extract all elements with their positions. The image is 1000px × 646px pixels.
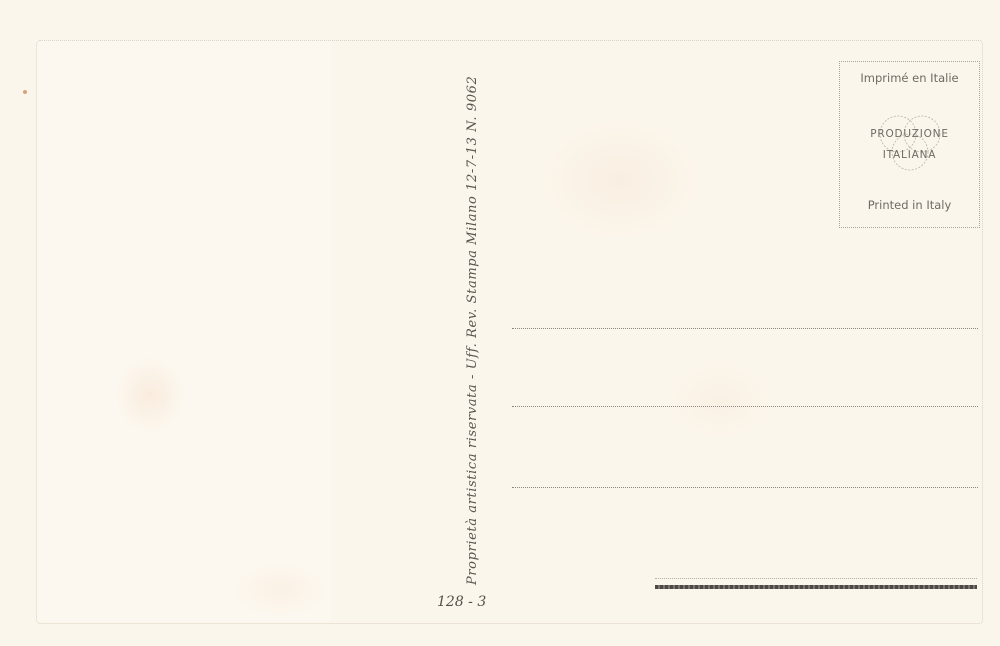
copyright-text: Proprietà artistica riservata - Uff. Rev… — [465, 76, 480, 585]
interlocking-rings-icon — [870, 112, 950, 174]
stain-spot — [23, 90, 27, 94]
postcard-back: Proprietà artistica riservata - Uff. Rev… — [0, 0, 1000, 646]
stamp-box: Imprimé en Italie PRODUZIONE ITALIANA Pr… — [839, 61, 980, 228]
address-line — [655, 585, 977, 589]
stamp-center-line2: ITALIANA — [840, 149, 979, 161]
address-line — [512, 487, 978, 488]
card-number: 128 - 3 — [437, 594, 486, 610]
address-line — [512, 406, 978, 407]
stamp-bottom-text: Printed in Italy — [840, 198, 979, 212]
stamp-center-line1: PRODUZIONE — [840, 128, 979, 140]
stamp-top-text: Imprimé en Italie — [840, 71, 979, 85]
address-line — [512, 328, 978, 329]
address-line-dots — [655, 578, 977, 579]
